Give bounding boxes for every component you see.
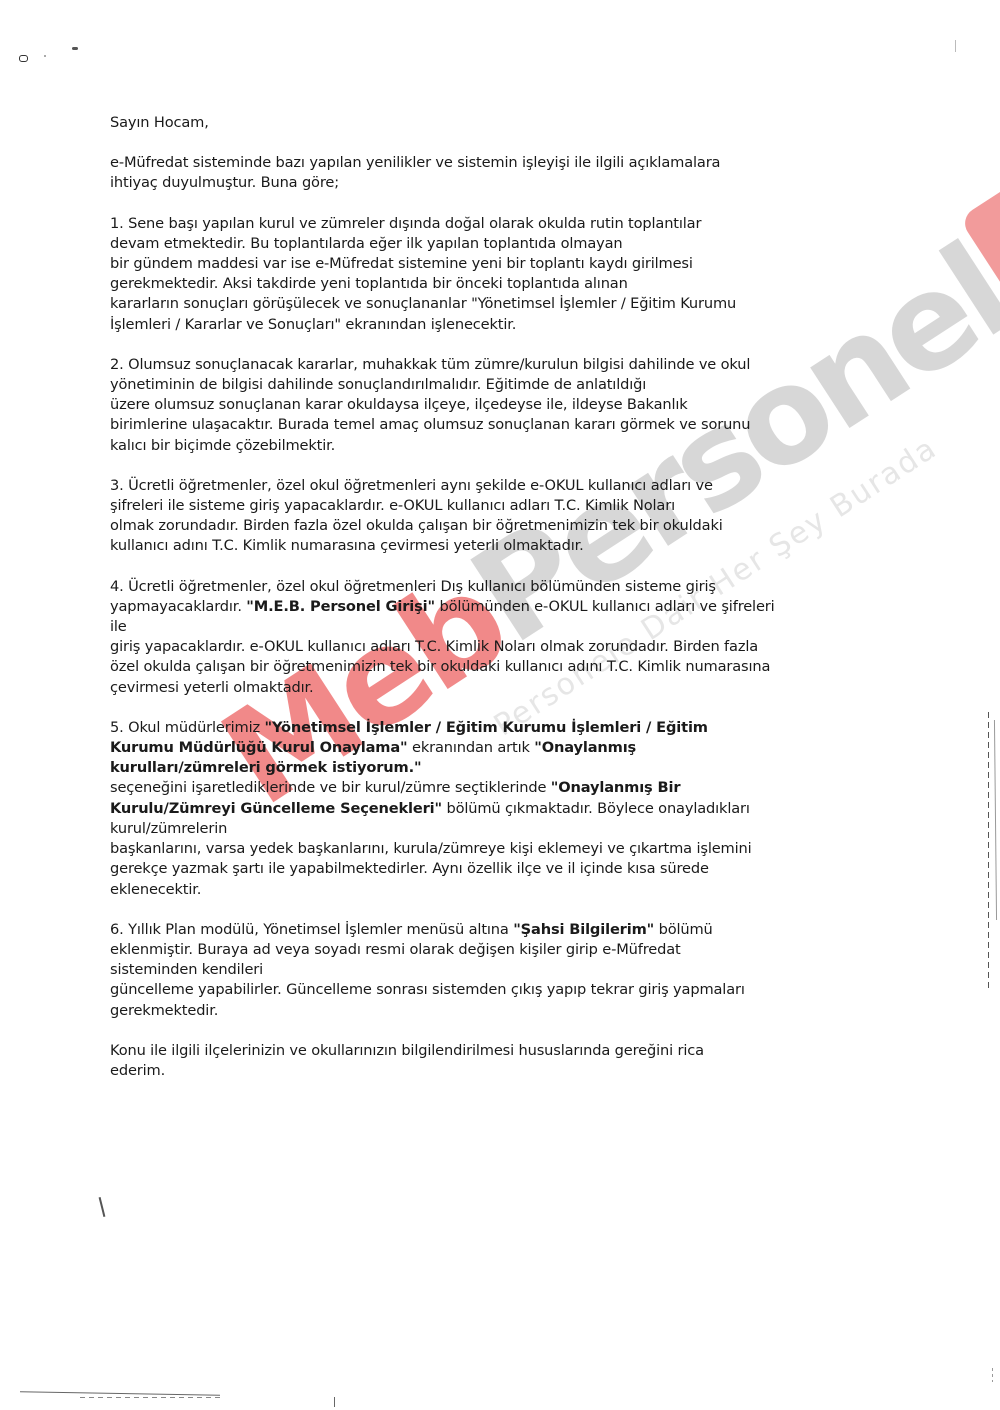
text-line: özel okulda çalışan bir öğretmenimizin t… xyxy=(110,657,885,677)
item-4-paragraph: 4. Ücretli öğretmenler, özel okul öğretm… xyxy=(110,577,885,698)
text-line: devam etmektedir. Bu toplantılarda eğer … xyxy=(110,234,885,254)
bold-run: "Onaylanmış Bir xyxy=(551,779,681,796)
text-line: İşlemleri / Kararlar ve Sonuçları" ekran… xyxy=(110,315,885,335)
bold-run: "Yönetimsel İşlemler / Eğitim Kurumu İşl… xyxy=(264,719,707,736)
watermark-com-badge: .com xyxy=(959,92,1000,306)
scan-speck xyxy=(44,55,46,57)
greeting: Sayın Hocam, xyxy=(110,113,885,133)
text-line: sisteminden kendileri xyxy=(110,960,885,980)
letter-body: Sayın Hocam, e-Müfredat sisteminde bazı … xyxy=(110,113,885,1101)
text-line: kurul/zümrelerin xyxy=(110,819,885,839)
text-line: bir gündem maddesi var ise e-Müfredat si… xyxy=(110,254,885,274)
text-line: yönetiminin de bilgisi dahilinde sonuçla… xyxy=(110,375,885,395)
text-line: olmak zorundadır. Birden fazla özel okul… xyxy=(110,516,885,536)
text-run: bölümünden e-OKUL kullanıcı adları ve şi… xyxy=(435,598,775,615)
scan-edge-line xyxy=(994,720,997,920)
scan-speck xyxy=(72,47,78,50)
text-line: güncelleme yapabilirler. Güncelleme sonr… xyxy=(110,980,885,1000)
bold-run: kurulları/zümreleri görmek istiyorum." xyxy=(110,759,421,776)
bold-run: Kurulu/Zümreyi Güncelleme Seçenekleri" xyxy=(110,800,442,817)
scan-bottom-line xyxy=(20,1391,220,1395)
text-line: giriş yapacaklardır. e-OKUL kullanıcı ad… xyxy=(110,637,885,657)
text-line: kullanıcı adını T.C. Kimlik numarasına ç… xyxy=(110,536,885,556)
text-run: 5. Okul müdürlerimiz xyxy=(110,719,264,736)
text-line: birimlerine ulaşacaktır. Burada temel am… xyxy=(110,415,885,435)
text-line: 1. Sene başı yapılan kurul ve zümreler d… xyxy=(110,214,885,234)
bold-run: "Şahsi Bilgilerim" xyxy=(513,921,654,938)
text-line: Kurumu Müdürlüğü Kurul Onaylama" ekranın… xyxy=(110,738,885,758)
text-line: gerekçe yazmak şartı ile yapabilmektedir… xyxy=(110,859,885,879)
bold-run: "M.E.B. Personel Girişi" xyxy=(246,598,435,615)
text-line: şifreleri ile sisteme giriş yapacaklardı… xyxy=(110,496,885,516)
item-3-paragraph: 3. Ücretli öğretmenler, özel okul öğretm… xyxy=(110,476,885,557)
text-run: ekranından artık xyxy=(408,739,535,756)
text-run: bölümü xyxy=(654,921,713,938)
scan-bottom-tick xyxy=(334,1397,335,1407)
text-line: kurulları/zümreleri görmek istiyorum." xyxy=(110,758,885,778)
text-line: üzere olumsuz sonuçlanan karar okuldaysa… xyxy=(110,395,885,415)
text-line: ihtiyaç duyulmuştur. Buna göre; xyxy=(110,173,885,193)
item-1-paragraph: 1. Sene başı yapılan kurul ve zümreler d… xyxy=(110,214,885,335)
text-line: çevirmesi yeterli olmaktadır. xyxy=(110,678,885,698)
text-line: seçeneğini işaretlediklerinde ve bir kur… xyxy=(110,778,885,798)
item-5-paragraph: 5. Okul müdürlerimiz "Yönetimsel İşlemle… xyxy=(110,718,885,900)
text-line: Konu ile ilgili ilçelerinizin ve okullar… xyxy=(110,1041,885,1061)
scan-edge-mark xyxy=(955,40,956,52)
text-line: 2. Olumsuz sonuçlanacak kararlar, muhakk… xyxy=(110,355,885,375)
text-line: ederim. xyxy=(110,1061,885,1081)
text-run: bölümü çıkmaktadır. Böylece onayladıklar… xyxy=(442,800,750,817)
text-line: ile xyxy=(110,617,885,637)
text-run: 6. Yıllık Plan modülü, Yönetimsel İşleml… xyxy=(110,921,513,938)
text-line: gerekmektedir. Aksi takdirde yeni toplan… xyxy=(110,274,885,294)
text-line: 6. Yıllık Plan modülü, Yönetimsel İşleml… xyxy=(110,920,885,940)
scan-edge-line xyxy=(988,712,989,992)
item-2-paragraph: 2. Olumsuz sonuçlanacak kararlar, muhakk… xyxy=(110,355,885,456)
text-line: 3. Ücretli öğretmenler, özel okul öğretm… xyxy=(110,476,885,496)
text-line: eklenecektir. xyxy=(110,880,885,900)
text-line: Kurulu/Zümreyi Güncelleme Seçenekleri" b… xyxy=(110,799,885,819)
text-line: gerekmektedir. xyxy=(110,1001,885,1021)
text-line: eklenmiştir. Buraya ad veya soyadı resmi… xyxy=(110,940,885,960)
closing-paragraph: Konu ile ilgili ilçelerinizin ve okullar… xyxy=(110,1041,885,1081)
text-run: seçeneğini işaretlediklerinde ve bir kur… xyxy=(110,779,551,796)
intro-paragraph: e-Müfredat sisteminde bazı yapılan yenil… xyxy=(110,153,885,193)
text-line: e-Müfredat sisteminde bazı yapılan yenil… xyxy=(110,153,885,173)
text-run: yapmayacaklardır. xyxy=(110,598,246,615)
text-line: başkanlarını, varsa yedek başkanlarını, … xyxy=(110,839,885,859)
text-line: yapmayacaklardır. "M.E.B. Personel Giriş… xyxy=(110,597,885,617)
text-line: kalıcı bir biçimde çözebilmektir. xyxy=(110,436,885,456)
scanned-letter-page: MebPersonel.com Personele Dair Her Şey B… xyxy=(0,0,1000,1410)
scan-bottom-line xyxy=(80,1397,220,1398)
text-line: kararların sonuçları görüşülecek ve sonu… xyxy=(110,294,885,314)
text-line: 5. Okul müdürlerimiz "Yönetimsel İşlemle… xyxy=(110,718,885,738)
scan-pen-mark xyxy=(99,1197,106,1217)
bold-run: Kurumu Müdürlüğü Kurul Onaylama" xyxy=(110,739,408,756)
text-line: 4. Ücretli öğretmenler, özel okul öğretm… xyxy=(110,577,885,597)
scan-speck xyxy=(19,55,28,62)
bold-run: "Onaylanmış xyxy=(534,739,636,756)
item-6-paragraph: 6. Yıllık Plan modülü, Yönetimsel İşleml… xyxy=(110,920,885,1021)
scan-edge-mark xyxy=(992,1368,993,1382)
